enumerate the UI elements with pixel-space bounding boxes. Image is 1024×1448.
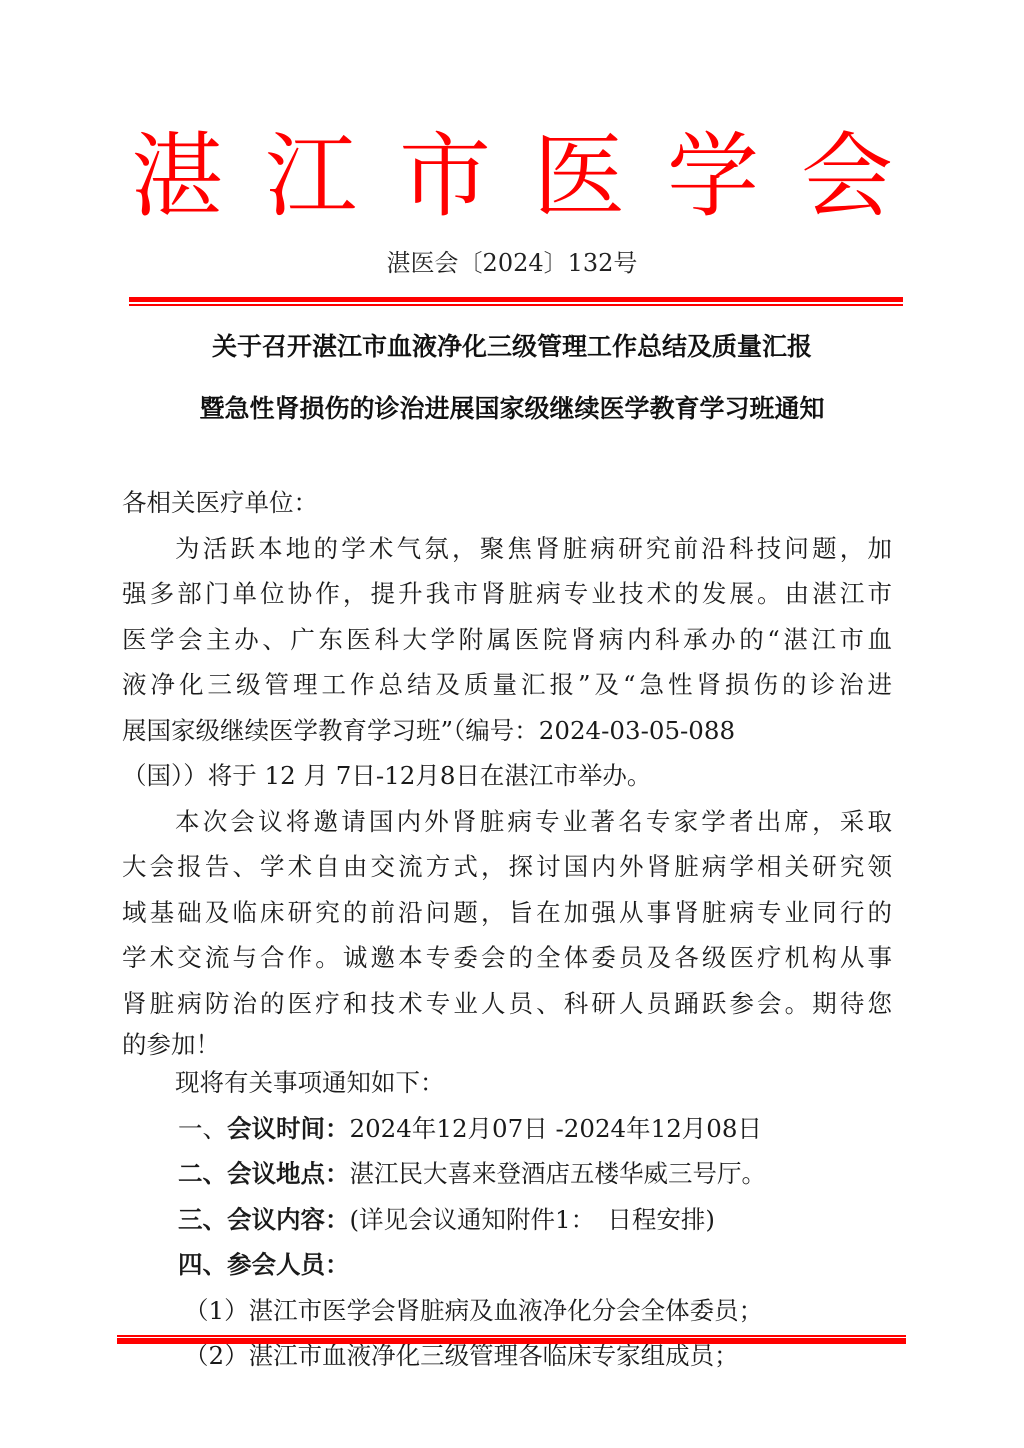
item-prefix: 二、 — [178, 1159, 227, 1188]
paragraph-line: 学术交流与合作。诚邀本专委会的全体委员及各级医疗机构从事 — [122, 935, 892, 981]
item-value: (详见会议通知附件1： 日程安排) — [350, 1205, 715, 1234]
paragraph-line: 本次会议将邀请国内外肾脏病专业著名专家学者出席，采取 — [122, 799, 892, 845]
item-attendees: 四、参会人员： — [122, 1242, 892, 1288]
paragraph-line: 肾脏病防治的医疗和技术专业人员、科研人员踊跃参会。期待您 — [122, 981, 892, 1027]
footer-rule-thick — [117, 1338, 906, 1344]
item-prefix: 三、 — [178, 1205, 227, 1234]
paragraph-1: 为活跃本地的学术气氛，聚焦肾脏病研究前沿科技问题，加 强多部门单位协作，提升我市… — [122, 526, 892, 799]
notice-title-line-2: 暨急性肾损伤的诊治进展国家级继续医学教育学习班通知 — [0, 392, 1024, 426]
notice-body: 各相关医疗单位： 为活跃本地的学术气氛，聚焦肾脏病研究前沿科技问题，加 强多部门… — [122, 480, 892, 1379]
paragraph-line: 的参加！ — [122, 1026, 892, 1060]
salutation: 各相关医疗单位： — [122, 480, 892, 526]
paragraph-line: 展国家级继续医学教育学习班”（编号：2024-03-05-088 — [122, 708, 892, 754]
document-number: 湛医会〔2024〕132号 — [0, 248, 1024, 278]
paragraph-line: 域基础及临床研究的前沿问题，旨在加强从事肾脏病专业同行的 — [122, 890, 892, 936]
paragraph-line: 强多部门单位协作，提升我市肾脏病专业技术的发展。由湛江市 — [122, 571, 892, 617]
paragraph-line: 大会报告、学术自由交流方式，探讨国内外肾脏病学相关研究领 — [122, 844, 892, 890]
paragraph-line: （国））将于 12 月 7日-12月8日在湛江市举办。 — [122, 753, 892, 799]
item-label: 会议内容： — [227, 1205, 350, 1234]
item-label: 会议时间： — [227, 1114, 350, 1143]
item-label: 参会人员： — [227, 1250, 350, 1279]
paragraph-line: 液净化三级管理工作总结及质量汇报”及“急性肾损伤的诊治进 — [122, 662, 892, 708]
header-rule-thick — [129, 297, 903, 302]
item-meeting-time: 一、会议时间：2024年12月07日 -2024年12月08日 — [122, 1106, 892, 1152]
item-value: 2024年12月07日 -2024年12月08日 — [350, 1114, 762, 1143]
item-label: 会议地点： — [227, 1159, 350, 1188]
footer-rule-thin — [117, 1335, 906, 1337]
paragraph-line: 为活跃本地的学术气氛，聚焦肾脏病研究前沿科技问题，加 — [122, 526, 892, 572]
item-prefix: 一、 — [178, 1114, 227, 1143]
item-meeting-location: 二、会议地点：湛江民大喜来登酒店五楼华威三号厅。 — [122, 1151, 892, 1197]
item-value: 湛江民大喜来登酒店五楼华威三号厅。 — [350, 1159, 767, 1188]
item-meeting-content: 三、会议内容：(详见会议通知附件1： 日程安排) — [122, 1197, 892, 1243]
organization-masthead: 湛江市医学会 — [0, 122, 1024, 232]
notice-title-line-1: 关于召开湛江市血液净化三级管理工作总结及质量汇报 — [0, 330, 1024, 364]
header-rule-thin — [129, 304, 903, 306]
paragraph-line: 医学会主办、广东医科大学附属医院肾病内科承办的“湛江市血 — [122, 617, 892, 663]
paragraph-2: 本次会议将邀请国内外肾脏病专业著名专家学者出席，采取 大会报告、学术自由交流方式… — [122, 799, 892, 1061]
attendee-line: （1）湛江市医学会肾脏病及血液净化分会全体委员； — [122, 1288, 892, 1334]
items-intro: 现将有关事项通知如下： — [122, 1060, 892, 1106]
item-prefix: 四、 — [178, 1250, 227, 1279]
